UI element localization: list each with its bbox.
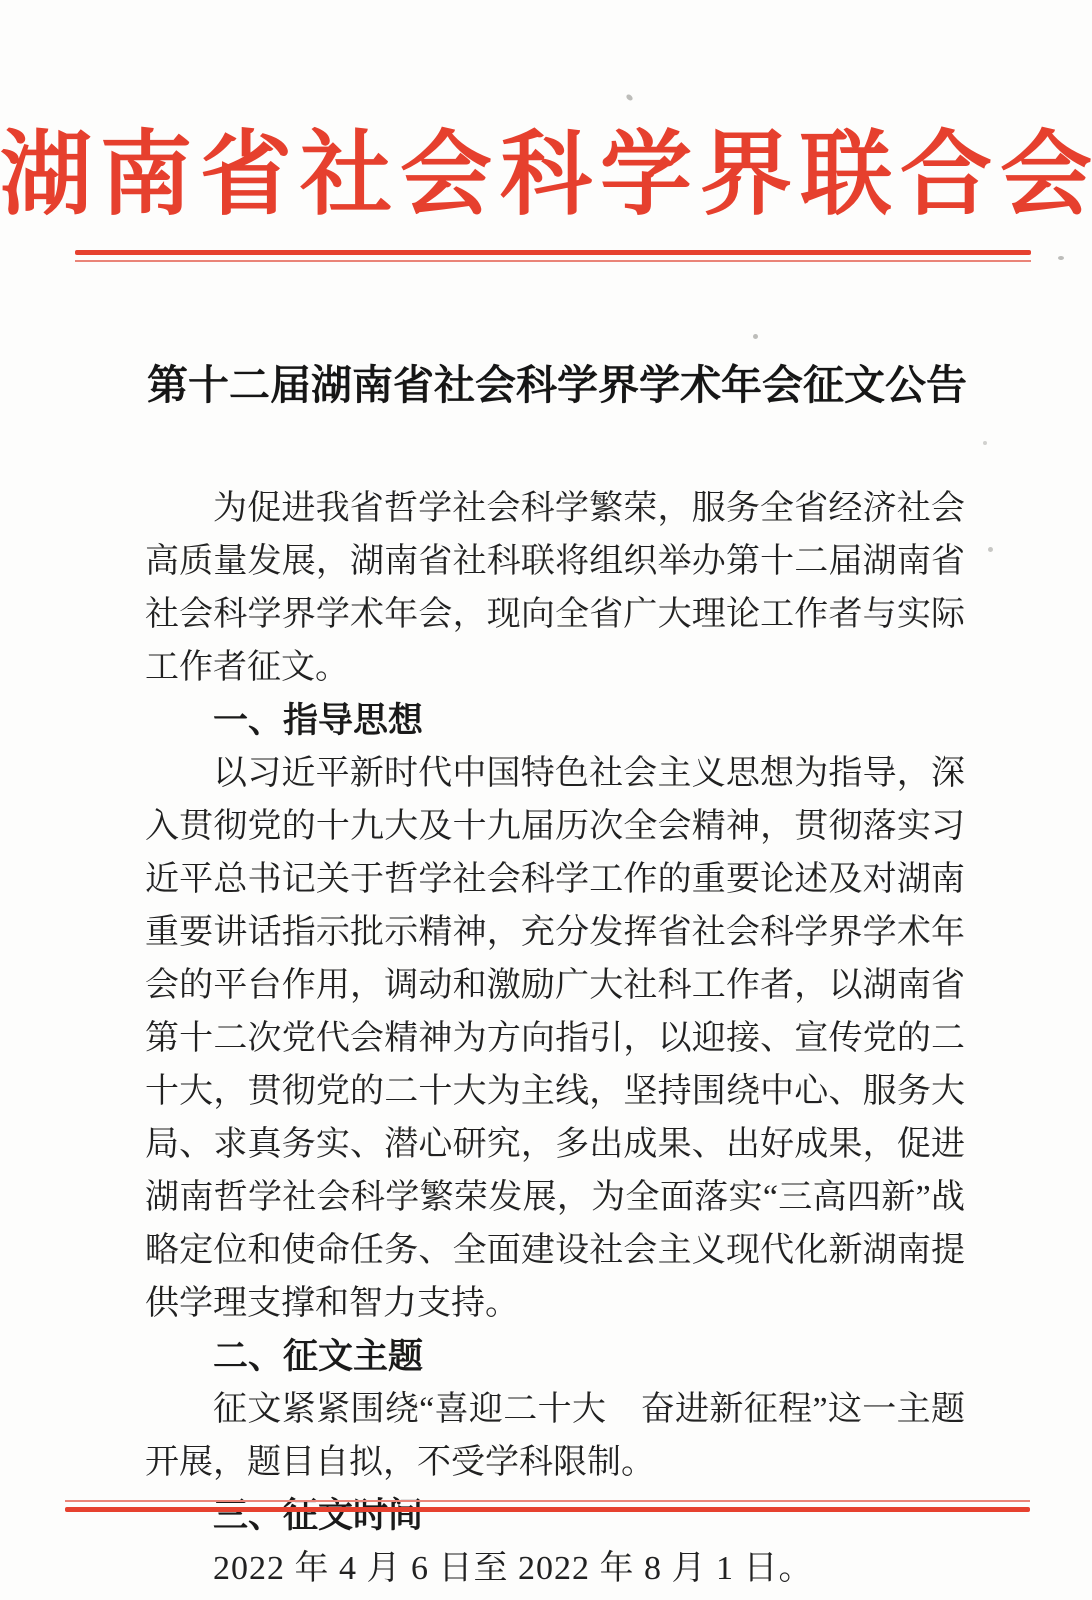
document-title: 第十二届湖南省社会科学界学术年会征文公告 [22, 360, 1092, 410]
scan-speck [983, 441, 987, 445]
section-3-heading: 三、征文时间 [145, 1489, 965, 1542]
document-body: 为促进我省哲学社会科学繁荣，服务全省经济社会高质量发展，湖南省社科联将组织举办第… [145, 482, 965, 1595]
section-2-heading: 二、征文主题 [145, 1330, 965, 1383]
footer-rule [65, 1500, 1030, 1512]
letterhead-org-name: 湖南省社会科学界联合会 [0, 124, 1092, 226]
section-3-date-paragraph: 2022 年 4 月 6 日至 2022 年 8 月 1 日。 [145, 1542, 965, 1595]
section-1-paragraph: 以习近平新时代中国特色社会主义思想为指导，深入贯彻党的十九大及十九届历次全会精神… [145, 747, 965, 1330]
intro-paragraph: 为促进我省哲学社会科学繁荣，服务全省经济社会高质量发展，湖南省社科联将组织举办第… [145, 482, 965, 694]
scan-speck [625, 93, 634, 101]
section-2-paragraph: 征文紧紧围绕“喜迎二十大 奋进新征程”这一主题开展，题目自拟，不受学科限制。 [145, 1383, 965, 1489]
scan-speck [988, 547, 993, 552]
footer-rule-thick-line [65, 1507, 1030, 1512]
scan-speck [1058, 256, 1064, 260]
document-page: 湖南省社会科学界联合会 第十二届湖南省社会科学界学术年会征文公告 为促进我省哲学… [0, 0, 1092, 1600]
footer-rule-thin-line [65, 1500, 1030, 1502]
letterhead-rule [75, 250, 1031, 262]
scan-speck [753, 334, 758, 339]
letterhead-rule-thick-line [75, 250, 1031, 255]
section-1-heading: 一、指导思想 [145, 694, 965, 747]
letterhead-rule-thin-line [75, 260, 1031, 262]
letterhead: 湖南省社会科学界联合会 [0, 124, 1092, 262]
